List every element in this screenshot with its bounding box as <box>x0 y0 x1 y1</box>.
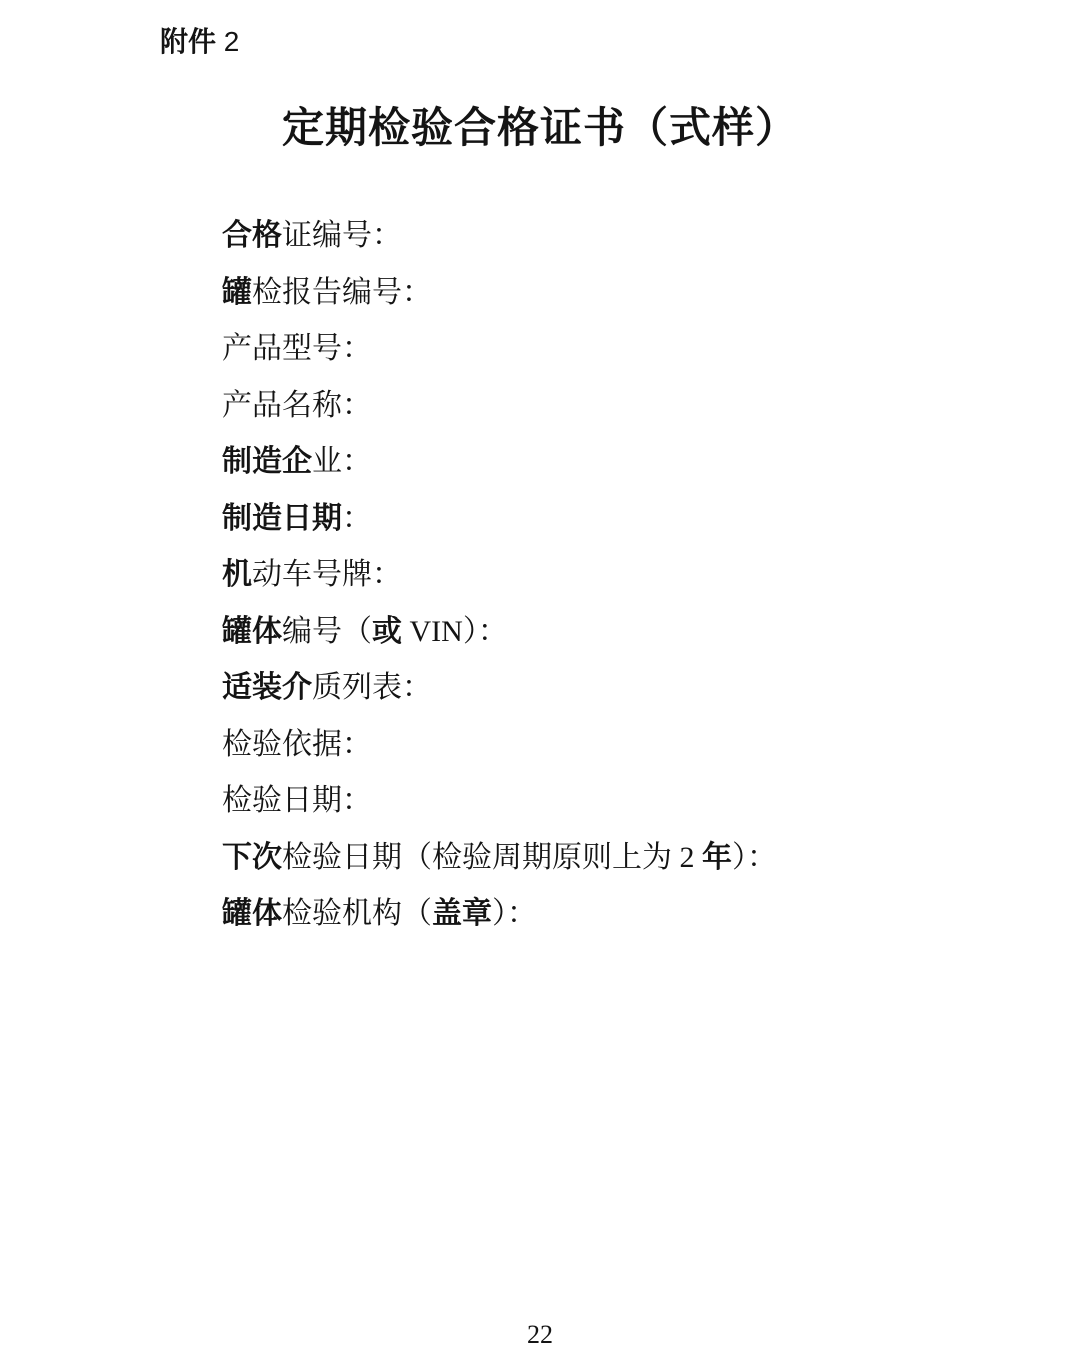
text-segment: 产品型号： <box>222 332 372 365</box>
text-segment: 盖章 <box>432 897 492 930</box>
text-segment: 或 <box>372 615 402 648</box>
field-inspection-basis: 检验依据： <box>222 717 777 774</box>
text-segment: 罐 <box>222 276 252 309</box>
text-segment: VIN <box>402 615 463 648</box>
text-segment: 检验依据： <box>222 728 372 761</box>
field-next-inspection-date: 下次检验日期（检验周期原则上为 2 年）： <box>222 830 777 887</box>
form-fields: 合格证编号：罐检报告编号：产品型号：产品名称：制造企业：制造日期：机动车号牌：罐… <box>222 208 777 943</box>
field-vehicle-plate-number: 机动车号牌： <box>222 547 777 604</box>
document-page: 附件 2 定期检验合格证书（式样） 合格证编号：罐检报告编号：产品型号：产品名称… <box>0 0 1080 1366</box>
text-segment: 机 <box>222 558 252 591</box>
text-segment: 业： <box>312 445 372 478</box>
text-segment: 检验日期： <box>222 784 372 817</box>
text-segment: 罐体 <box>222 615 282 648</box>
text-segment: ）： <box>463 615 508 648</box>
field-certificate-number: 合格证编号： <box>222 208 777 265</box>
text-segment: 检验日期（检验周期原则上为 <box>282 841 672 874</box>
field-product-model: 产品型号： <box>222 321 777 378</box>
text-segment: 检验机构（ <box>282 897 432 930</box>
page-title: 定期检验合格证书（式样） <box>0 102 1080 154</box>
text-segment: 罐体 <box>222 897 282 930</box>
text-segment: 制造日期 <box>222 502 342 535</box>
text-segment: 附件 <box>160 26 216 57</box>
text-segment: 2 <box>672 841 702 874</box>
text-segment: 动车号牌： <box>252 558 402 591</box>
text-segment: 产品名称： <box>222 389 372 422</box>
field-tank-serial-number-or-vin: 罐体编号（或 VIN）： <box>222 604 777 661</box>
text-segment: ）： <box>492 897 537 930</box>
field-inspection-date: 检验日期： <box>222 773 777 830</box>
field-permitted-media-list: 适装介质列表： <box>222 660 777 717</box>
field-product-name: 产品名称： <box>222 378 777 435</box>
text-segment: ： <box>342 502 372 535</box>
text-segment: 质列表： <box>312 671 432 704</box>
text-segment: 适装介 <box>222 671 312 704</box>
text-segment: 年 <box>702 841 732 874</box>
text-segment: 制造企 <box>222 445 312 478</box>
page-number: 22 <box>0 1320 1080 1350</box>
attachment-label: 附件 2 <box>160 25 239 59</box>
text-segment: 合格 <box>222 219 282 252</box>
text-segment: 证编号： <box>282 219 402 252</box>
text-segment: 下次 <box>222 841 282 874</box>
field-manufacture-date: 制造日期： <box>222 491 777 548</box>
text-segment: 2 <box>216 26 239 57</box>
text-segment: 检报告编号： <box>252 276 432 309</box>
text-segment: ）： <box>732 841 777 874</box>
field-tank-inspection-report-number: 罐检报告编号： <box>222 265 777 322</box>
text-segment: 编号（ <box>282 615 372 648</box>
field-tank-inspection-agency-seal: 罐体检验机构（盖章）： <box>222 886 777 943</box>
field-manufacturer: 制造企业： <box>222 434 777 491</box>
